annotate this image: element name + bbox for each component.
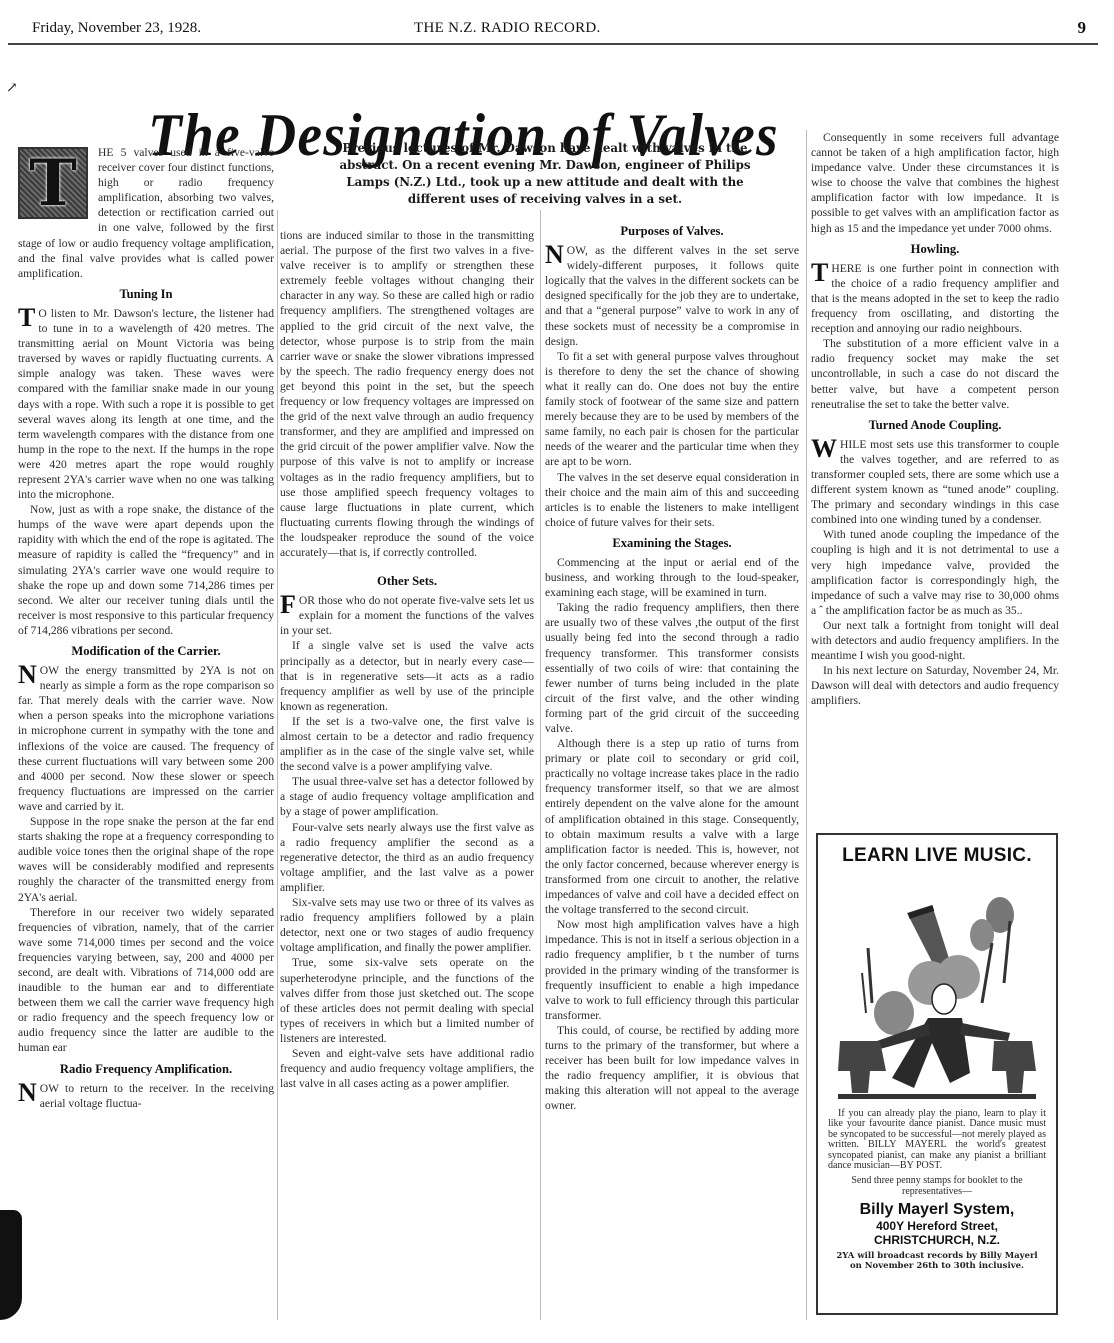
paragraph: FOR those who do not operate five-valve … <box>280 593 534 638</box>
subhead-radio-frequency: Radio Frequency Amplification. <box>18 1062 274 1077</box>
article-column-1: T HE 5 valves used in a five-valve recei… <box>18 145 274 1111</box>
drop-cap: T <box>811 262 828 284</box>
paragraph: Four-valve sets nearly always use the fi… <box>280 820 534 895</box>
paragraph: Seven and eight-valve sets have addition… <box>280 1046 534 1091</box>
column-divider <box>277 210 278 1320</box>
illuminated-initial-icon: T <box>18 147 88 219</box>
subhead-tuned-anode: Turned Anode Coupling. <box>811 418 1059 433</box>
paragraph: Now most high amplification valves have … <box>545 917 799 1023</box>
ad-headline: LEARN LIVE MUSIC. <box>818 845 1056 867</box>
paragraph: This could, of course, be rectified by a… <box>545 1023 799 1114</box>
column-divider <box>540 210 541 1320</box>
subhead-purposes: Purposes of Valves. <box>545 224 799 239</box>
paragraph: If the set is a two-valve one, the first… <box>280 714 534 774</box>
pianist-illustration-icon <box>832 873 1042 1101</box>
paragraph: Now, just as with a rope snake, the dist… <box>18 502 274 638</box>
paragraph: TO listen to Mr. Dawson's lecture, the l… <box>18 306 274 502</box>
drop-cap: N <box>18 664 37 686</box>
paragraph: Taking the radio frequency amplifiers, t… <box>545 600 799 736</box>
paragraph: Suppose in the rope snake the person at … <box>18 814 274 905</box>
paragraph: To fit a set with general purpose valves… <box>545 349 799 470</box>
print-mark-icon: ↗ <box>6 80 18 96</box>
paragraph: Six-valve sets may use two or three of i… <box>280 895 534 955</box>
ad-address-street: 400Y Hereford Street, <box>818 1219 1056 1233</box>
drop-cap: F <box>280 594 296 616</box>
paragraph: WHILE most sets use this transformer to … <box>811 437 1059 528</box>
paragraph: NOW, as the different valves in the set … <box>545 243 799 349</box>
issue-date: Friday, November 23, 1928. <box>32 20 201 37</box>
ad-address-city: CHRISTCHURCH, N.Z. <box>818 1233 1056 1247</box>
ad-body-copy: If you can already play the piano, learn… <box>828 1109 1046 1171</box>
paragraph: If a single valve set is used the valve … <box>280 638 534 713</box>
subhead-modification: Modification of the Carrier. <box>18 644 274 659</box>
drop-cap: N <box>545 244 564 266</box>
paragraph: Therefore in our receiver two widely sep… <box>18 905 274 1056</box>
paragraph: Although there is a step up ratio of tur… <box>545 736 799 917</box>
masthead-rule <box>8 43 1098 45</box>
drop-cap: W <box>811 438 837 460</box>
paragraph: Consequently in some receivers full adva… <box>811 130 1059 236</box>
drop-cap: N <box>18 1082 37 1104</box>
page-number: 9 <box>1078 18 1087 38</box>
paragraph: THERE is one further point in connection… <box>811 261 1059 336</box>
subhead-other-sets: Other Sets. <box>280 574 534 589</box>
paragraph: tions are induced similar to those in th… <box>280 228 534 560</box>
subhead-howling: Howling. <box>811 242 1059 257</box>
ad-broadcast-notice: 2YA will broadcast records by Billy Maye… <box>832 1251 1042 1271</box>
paragraph: With tuned anode coupling the impedance … <box>811 527 1059 618</box>
drop-cap: T <box>18 307 35 329</box>
paragraph: Our next talk a fortnight from tonight w… <box>811 618 1059 663</box>
page-tear-mark <box>0 1210 22 1320</box>
paragraph: NOW to return to the receiver. In the re… <box>18 1081 274 1111</box>
article-column-2: tions are induced similar to those in th… <box>280 228 534 1091</box>
article-column-4: Consequently in some receivers full adva… <box>811 130 1059 708</box>
paragraph: Commencing at the input or aerial end of… <box>545 555 799 600</box>
advertisement-billy-mayerl: LEARN LIVE MUSIC. If <box>816 833 1058 1315</box>
paragraph: In his next lecture on Saturday, Novembe… <box>811 663 1059 708</box>
paragraph: True, some six-valve sets operate on the… <box>280 955 534 1046</box>
paragraph: The substitution of a more efficient val… <box>811 336 1059 411</box>
paragraph: NOW the energy transmitted by 2YA is not… <box>18 663 274 814</box>
column-divider <box>806 130 807 1320</box>
publication-name: THE N.Z. RADIO RECORD. <box>414 20 601 37</box>
subhead-tuning-in: Tuning In <box>18 287 274 302</box>
article-intro: Previous lectures of Mr. Dawson have dea… <box>318 140 772 208</box>
masthead: Friday, November 23, 1928. THE N.Z. RADI… <box>14 18 1100 40</box>
paragraph: The usual three-valve set has a detector… <box>280 774 534 819</box>
ad-company-name: Billy Mayerl System, <box>818 1201 1056 1219</box>
article-column-3: Purposes of Valves. NOW, as the differen… <box>545 224 799 1113</box>
paragraph: The valves in the set deserve equal cons… <box>545 470 799 530</box>
ad-send-instructions: Send three penny stamps for booklet to t… <box>836 1176 1038 1197</box>
subhead-examining-stages: Examining the Stages. <box>545 536 799 551</box>
